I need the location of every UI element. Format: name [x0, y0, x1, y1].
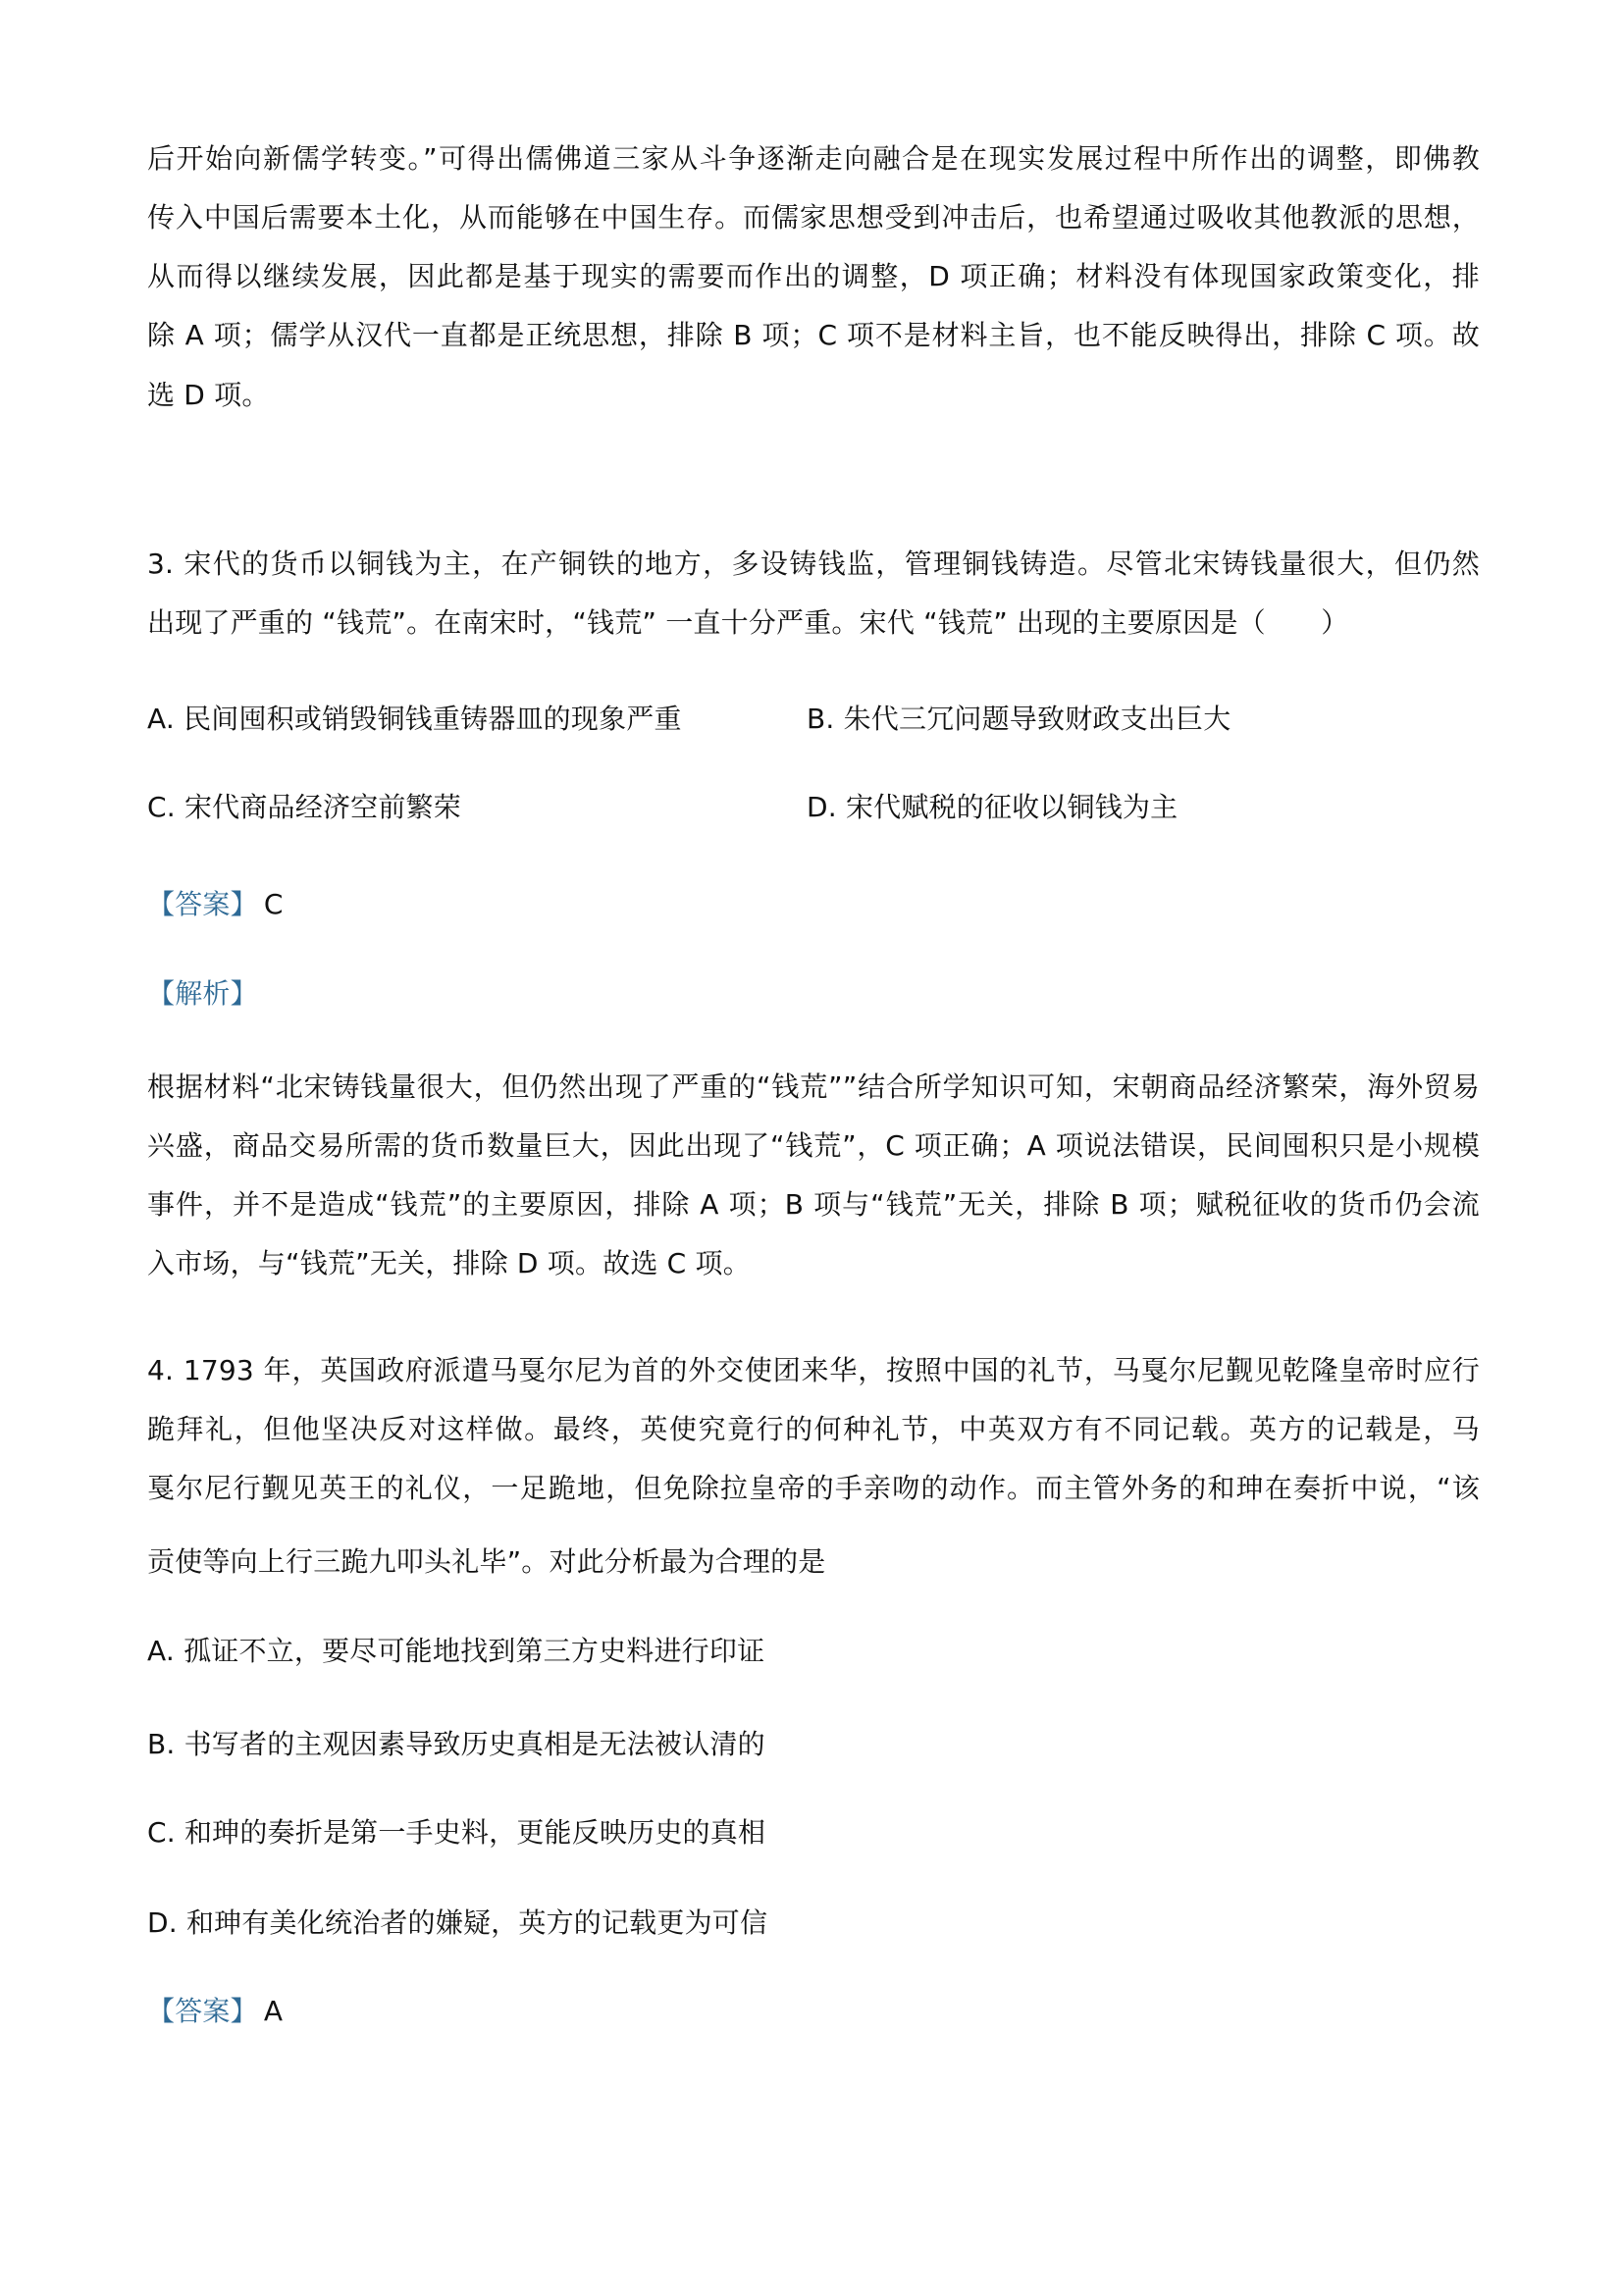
analysis-label: 【解析】: [147, 977, 258, 1010]
question-stem-line: 出现了严重的 “钱荒”。在南宋时，“钱荒” 一直十分严重。宋代 “钱荒” 出现的…: [147, 603, 1348, 643]
option-b: B. 朱代三冗问题导致财政支出巨大: [807, 700, 1230, 739]
answer-value: C: [264, 888, 284, 920]
answer-label: 【答案】: [147, 1995, 258, 2027]
analysis-row: 【解析】: [147, 974, 258, 1014]
document-page: 后开始向新儒学转变。”可得出儒佛道三家从斗争逐渐走向融合是在现实发展过程中所作出…: [0, 0, 1623, 2296]
analysis-line: 事件，并不是造成“钱荒”的主要原因，排除 A 项；B 项与“钱荒”无关，排除 B…: [147, 1185, 1480, 1225]
question-stem-line: 戛尔尼行觐见英王的礼仪，一足跪地，但免除拉皇帝的手亲吻的动作。而主管外务的和珅在…: [147, 1469, 1480, 1508]
question-stem-line: 4. 1793 年，英国政府派遣马戛尔尼为首的外交使团来华，按照中国的礼节，马戛…: [147, 1351, 1480, 1390]
paragraph-line: 传入中国后需要本土化，从而能够在中国生存。而儒家思想受到冲击后，也希望通过吸收其…: [147, 198, 1480, 237]
option-a: A. 孤证不立，要尽可能地找到第三方史料进行印证: [147, 1632, 764, 1671]
option-c: C. 和珅的奏折是第一手史料，更能反映历史的真相: [147, 1813, 765, 1852]
answer-value: A: [264, 1995, 283, 2027]
question-stem-line: 跪拜礼，但他坚决反对这样做。最终，英使究竟行的何种礼节，中英双方有不同记载。英方…: [147, 1410, 1480, 1449]
paragraph-line: 从而得以继续发展，因此都是基于现实的需要而作出的调整，D 项正确；材料没有体现国…: [147, 257, 1480, 296]
analysis-line: 兴盛，商品交易所需的货币数量巨大，因此出现了“钱荒”，C 项正确；A 项说法错误…: [147, 1126, 1480, 1166]
analysis-line: 根据材料“北宋铸钱量很大，但仍然出现了严重的“钱荒””结合所学知识可知，宋朝商品…: [147, 1068, 1480, 1107]
question-stem-line: 贡使等向上行三跪九叩头礼毕”。对此分析最为合理的是: [147, 1542, 826, 1582]
analysis-line: 入市场，与“钱荒”无关，排除 D 项。故选 C 项。: [147, 1244, 751, 1283]
option-b: B. 书写者的主观因素导致历史真相是无法被认清的: [147, 1725, 765, 1764]
option-d: D. 宋代赋税的征收以铜钱为主: [807, 788, 1178, 827]
answer-label: 【答案】: [147, 888, 258, 920]
option-c: C. 宋代商品经济空前繁荣: [147, 788, 461, 827]
paragraph-line: 后开始向新儒学转变。”可得出儒佛道三家从斗争逐渐走向融合是在现实发展过程中所作出…: [147, 139, 1480, 179]
answer-row: 【答案】C: [147, 885, 284, 924]
paragraph-line: 除 A 项；儒学从汉代一直都是正统思想，排除 B 项；C 项不是材料主旨，也不能…: [147, 316, 1480, 355]
answer-row: 【答案】A: [147, 1992, 283, 2031]
question-stem-line: 3. 宋代的货币以铜钱为主，在产铜铁的地方，多设铸钱监，管理铜钱铸造。尽管北宋铸…: [147, 545, 1480, 584]
option-d: D. 和珅有美化统治者的嫌疑，英方的记载更为可信: [147, 1904, 767, 1943]
paragraph-line: 选 D 项。: [147, 376, 270, 415]
option-a: A. 民间囤积或销毁铜钱重铸器皿的现象严重: [147, 700, 682, 739]
